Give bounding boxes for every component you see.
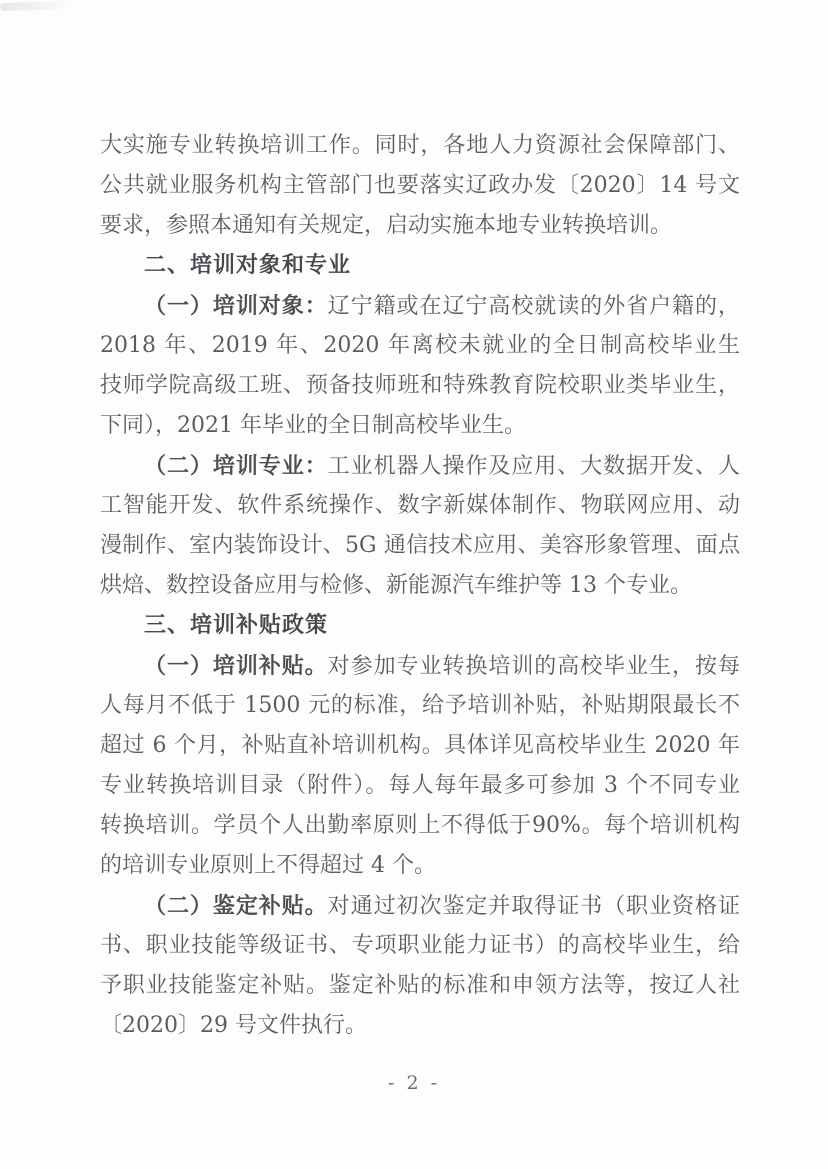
paragraph-line: 技师学院高级工班、预备技师班和特殊教育院校职业类毕业生， bbox=[100, 366, 740, 406]
paragraph-line: 超过 6 个月，补贴直补培训机构。具体详见高校毕业生 2020 年 bbox=[100, 726, 740, 766]
paragraph-line: （一）培训对象：辽宁籍或在辽宁高校就读的外省户籍的， bbox=[100, 286, 740, 326]
page-footer: - 2 - bbox=[0, 1072, 828, 1094]
paragraph-line: 予职业技能鉴定补贴。鉴定补贴的标准和申领方法等，按辽人社 bbox=[100, 966, 740, 1006]
section-heading-line: 二、培训对象和专业 bbox=[100, 246, 740, 286]
paragraph-line: 人每月不低于 1500 元的标准，给予培训补贴，补贴期限最长不 bbox=[100, 686, 740, 726]
paragraph-line: 要求，参照本通知有关规定，启动实施本地专业转换培训。 bbox=[100, 206, 740, 246]
paragraph-line: （二）鉴定补贴。对通过初次鉴定并取得证书（职业资格证 bbox=[100, 886, 740, 926]
scanned-document-page: 大实施专业转换培训工作。同时，各地人力资源社会保障部门、公共就业服务机构主管部门… bbox=[0, 0, 828, 1169]
paragraph-line: 2018 年、2019 年、2020 年离校未就业的全日制高校毕业生（含 bbox=[100, 326, 740, 366]
paragraph-line: （二）培训专业：工业机器人操作及应用、大数据开发、人 bbox=[100, 446, 740, 486]
section-heading-line: 三、培训补贴政策 bbox=[100, 606, 740, 646]
paragraph-line: （一）培训补贴。对参加专业转换培训的高校毕业生，按每 bbox=[100, 646, 740, 686]
page-number: - 2 - bbox=[388, 1072, 440, 1094]
paragraph-line: 书、职业技能等级证书、专项职业能力证书）的高校毕业生，给 bbox=[100, 926, 740, 966]
paragraph-line: 漫制作、室内装饰设计、5G 通信技术应用、美容形象管理、面点 bbox=[100, 526, 740, 566]
paragraph-line: 烘焙、数控设备应用与检修、新能源汽车维护等 13 个专业。 bbox=[100, 566, 740, 606]
bold-lead-in: （一）培训补贴。 bbox=[144, 653, 328, 679]
bold-lead-in: （二）培训专业： bbox=[144, 453, 328, 479]
paragraph-line: 转换培训。学员个人出勤率原则上不得低于90%。每个培训机构 bbox=[100, 806, 740, 846]
paragraph-line: 下同），2021 年毕业的全日制高校毕业生。 bbox=[100, 406, 740, 446]
paragraph-line: 大实施专业转换培训工作。同时，各地人力资源社会保障部门、 bbox=[100, 126, 740, 166]
bold-lead-in: （二）鉴定补贴。 bbox=[144, 893, 328, 919]
paragraph-line: 公共就业服务机构主管部门也要落实辽政办发〔2020〕14 号文件 bbox=[100, 166, 740, 206]
bold-lead-in: （一）培训对象： bbox=[144, 293, 328, 319]
paragraph-line: 〔2020〕29 号文件执行。 bbox=[100, 1006, 740, 1046]
paragraph-line: 的培训专业原则上不得超过 4 个。 bbox=[100, 846, 740, 886]
paragraph-line: 专业转换培训目录（附件）。每人每年最多可参加 3 个不同专业 bbox=[100, 766, 740, 806]
scan-artifact-smudge bbox=[0, 1, 72, 12]
document-body: 大实施专业转换培训工作。同时，各地人力资源社会保障部门、公共就业服务机构主管部门… bbox=[100, 126, 740, 1046]
paragraph-line: 工智能开发、软件系统操作、数字新媒体制作、物联网应用、动 bbox=[100, 486, 740, 526]
